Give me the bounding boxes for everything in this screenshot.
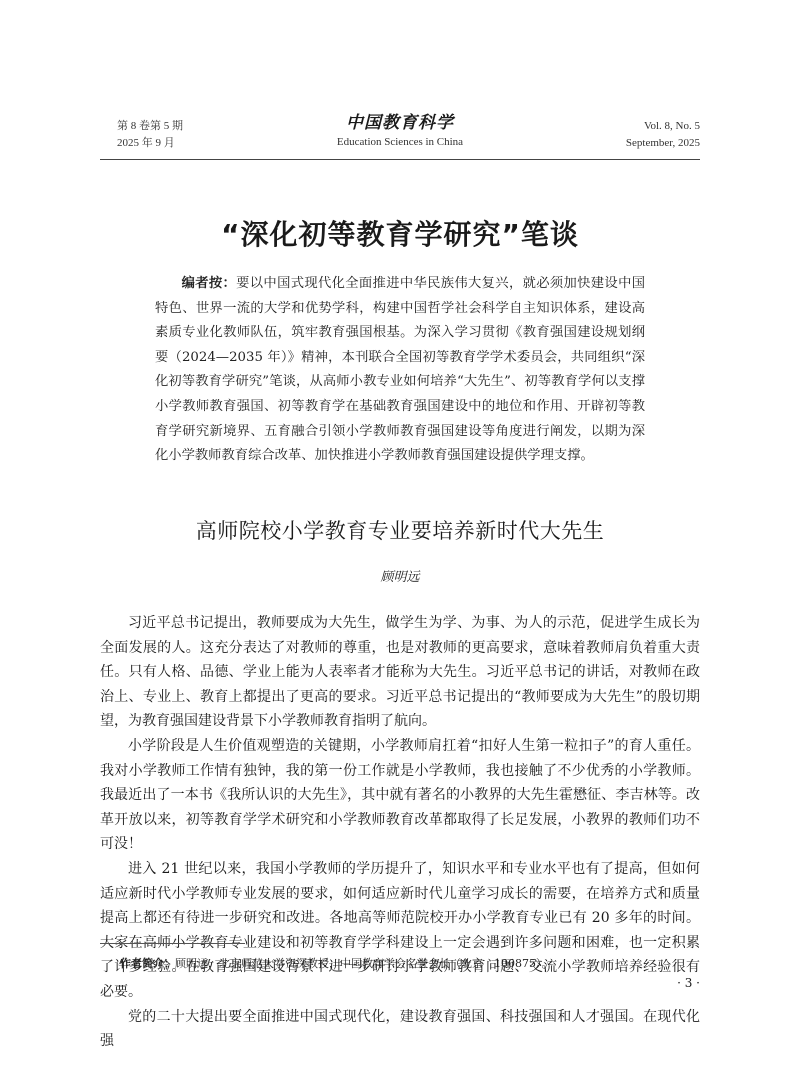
paragraph: 党的二十大提出要全面推进中国式现代化，建设教育强国、科技强国和人才强国。在现代化… [100,1005,700,1054]
issue-volume-en: Vol. 8, No. 5 [626,118,700,135]
issue-info-en: Vol. 8, No. 5 September, 2025 [626,118,700,152]
article-body: 习近平总书记提出，教师要成为大先生，做学生为学、为事、为人的示范，促进学生成长为… [100,611,700,1054]
section-title: “深化初等教育学研究”笔谈 [100,215,700,255]
paragraph: 进入 21 世纪以来，我国小学教师的学历提升了，知识水平和专业水平也有了提高，但… [100,857,700,1005]
paragraph: 习近平总书记提出，教师要成为大先生，做学生为学、为事、为人的示范，促进学生成长为… [100,611,700,734]
editor-note: 编者按：要以中国式现代化全面推进中华民族伟大复兴，就必须加快建设中国特色、世界一… [155,272,645,469]
footnote-label: 作者简介： [120,957,175,970]
editor-note-label: 编者按： [182,276,237,291]
footnote-text: 顾明远，北京师范大学资深教授，中国教育学会名誉会长（北京 100875）。 [175,957,553,970]
journal-title-en: Education Sciences in China [250,134,550,151]
issue-date-en: September, 2025 [626,135,700,152]
journal-masthead: 中国教育科学 Education Sciences in China [250,112,550,151]
footnote-divider [100,943,245,944]
editor-note-text: 要以中国式现代化全面推进中华民族伟大复兴，就必须加快建设中国特色、世界一流的大学… [155,276,645,463]
issue-volume-cn: 第 8 卷第 5 期 [117,118,183,135]
article-title: 高师院校小学教育专业要培养新时代大先生 [100,515,700,547]
issue-date-cn: 2025 年 9 月 [117,135,183,152]
header-divider [100,159,700,160]
page-number: · 3 · [677,975,700,991]
issue-info: 第 8 卷第 5 期 2025 年 9 月 [117,118,183,152]
paragraph: 小学阶段是人生价值观塑造的关键期，小学教师肩扛着“扣好人生第一粒扣子”的育人重任… [100,734,700,857]
author-footnote: 作者简介：顾明远，北京师范大学资深教授，中国教育学会名誉会长（北京 100875… [120,956,553,972]
journal-title-cn: 中国教育科学 [250,112,550,134]
article-author: 顾明远 [100,568,700,588]
